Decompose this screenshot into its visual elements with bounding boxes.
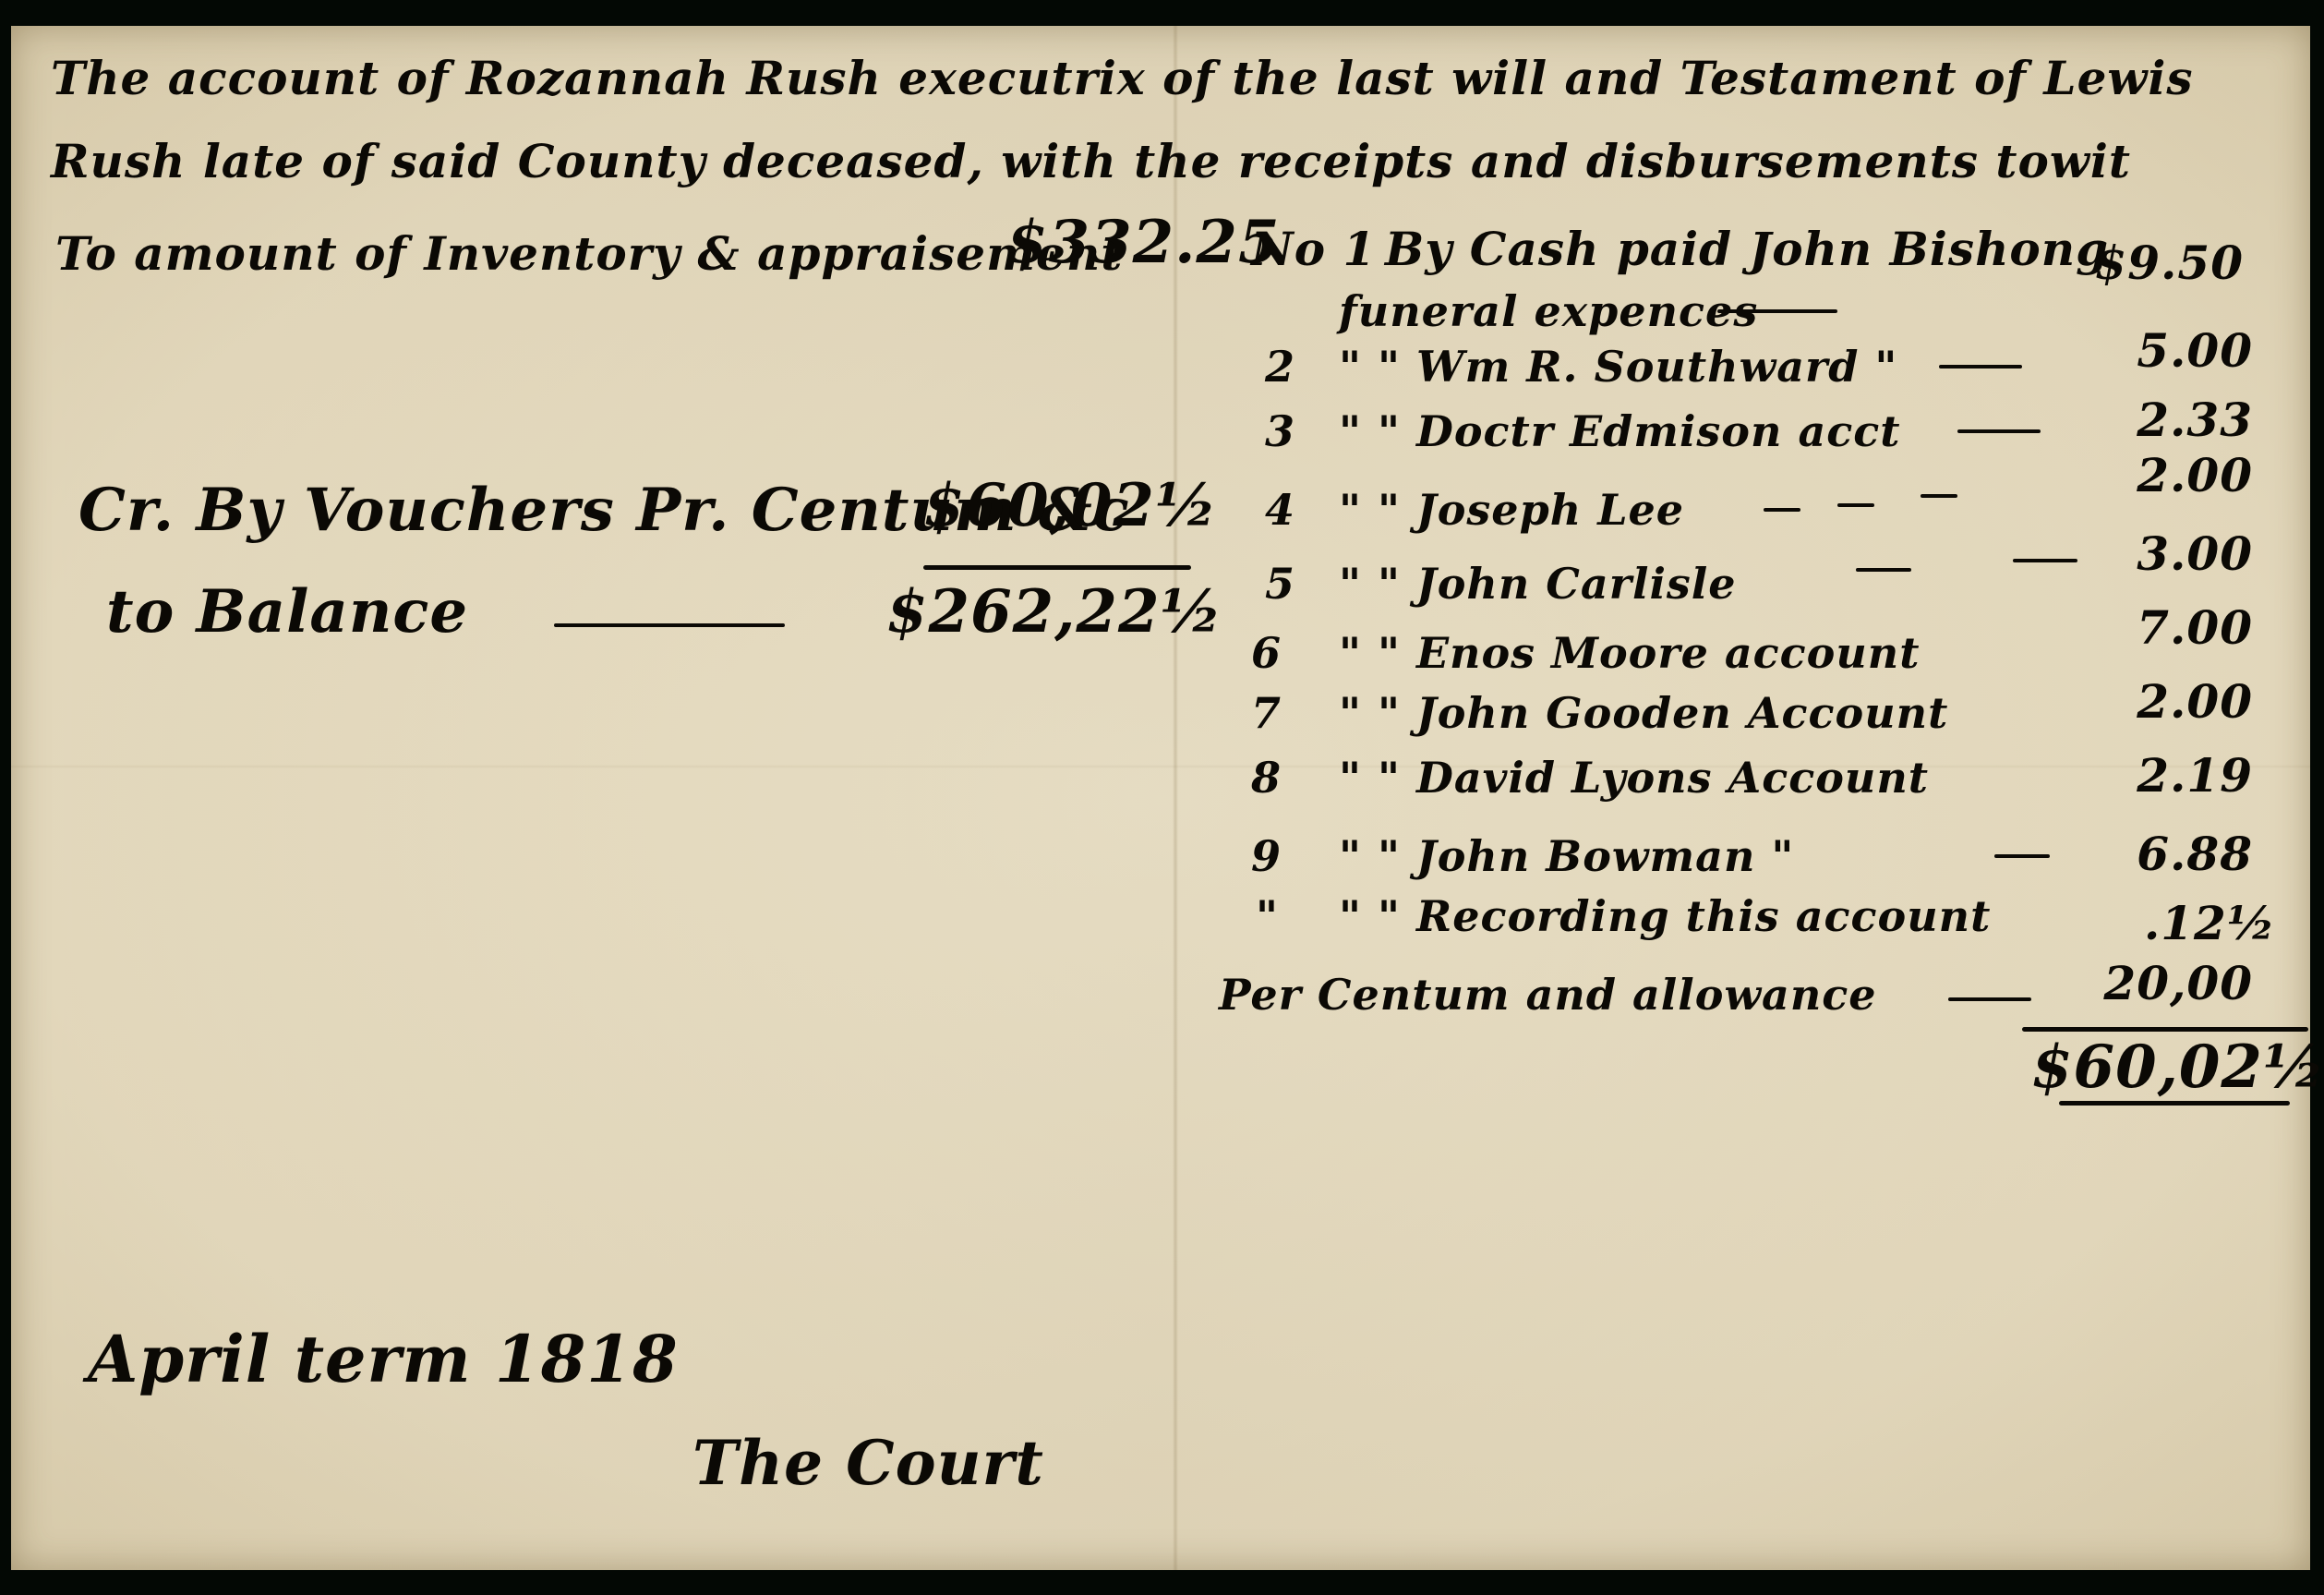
item-4-text: " " Joseph Lee [1339,485,1684,535]
item-7-amount: 2.00 [2050,674,2253,729]
item-4-no: 4 [1265,485,1295,535]
header-line-1: The account of Rozannah Rush executrix o… [51,51,2194,105]
item-1-subtext: funeral expences [1339,286,1758,336]
allowance-amount: 20,00 [2050,956,2253,1010]
leader-dash [1948,997,2031,1001]
allowance-label: Per Centum and allowance [1219,970,1877,1020]
item-10-no: " [1256,891,1279,941]
fold-crease-horizontal [11,765,2310,768]
item-5-no: 5 [1265,559,1295,609]
leader-dash [1717,309,1837,313]
credit-rule [923,565,1191,570]
item-9-no: 9 [1251,831,1282,881]
leader-dash [1939,365,2022,369]
item-4-amount: 2.00 [2050,448,2253,502]
item-10-text: " " Recording this account [1339,891,1991,941]
item-3-text: " " Doctr Edmison acct [1339,406,1901,456]
item-3-no: 3 [1265,406,1295,456]
court-term: April term 1818 [88,1321,679,1397]
item-7-text: " " John Gooden Account [1339,688,1948,738]
item-2-no: 2 [1265,342,1295,392]
item-6-no: 6 [1251,628,1282,678]
item-1-amount: $9.50 [2041,236,2244,290]
credit-vouchers-amount: $60,02½ [923,471,1218,540]
item-7-no: 7 [1251,688,1282,738]
header-line-2: Rush late of said County deceased, with … [51,134,2131,188]
credit-balance-amount: $262,22½ [886,577,1222,646]
item-2-amount: 5.00 [2050,323,2253,378]
item-5-amount: 3.00 [2050,526,2253,581]
item-8-amount: 2.19 [2050,748,2253,803]
court-signature: The Court [692,1427,1044,1499]
item-6-text: " " Enos Moore account [1339,628,1921,678]
leader-dash [1856,568,1911,572]
leader-dash [1921,494,1957,498]
leader-dash [1837,503,1874,507]
item-1-no: No 1 [1251,222,1376,276]
item-3-amount: 2.33 [2050,393,2253,447]
leader-dash [1764,508,1800,512]
item-5-text: " " John Carlisle [1339,559,1737,609]
item-2-text: " " Wm R. Southward " [1339,342,1897,392]
total-amount: $60,02½ [2031,1033,2324,1102]
item-9-amount: 6.88 [2050,827,2253,881]
total-rule-bottom [2059,1101,2290,1106]
total-rule-top [2022,1027,2308,1032]
debit-label: To amount of Inventory & appraisement [55,226,1123,281]
item-8-no: 8 [1251,753,1282,803]
leader-dash [554,623,785,627]
item-1-text: By Cash paid John Bishong [1385,222,2109,276]
item-10-amount: .12½ [2073,896,2276,950]
item-6-amount: 7.00 [2050,600,2253,655]
leader-dash [1957,429,2041,433]
item-8-text: " " David Lyons Account [1339,753,1929,803]
item-9-text: " " John Bowman " [1339,831,1794,881]
debit-amount: $332.25 [1006,208,1280,277]
credit-balance-label: to Balance [106,577,468,646]
leader-dash [1994,854,2050,858]
